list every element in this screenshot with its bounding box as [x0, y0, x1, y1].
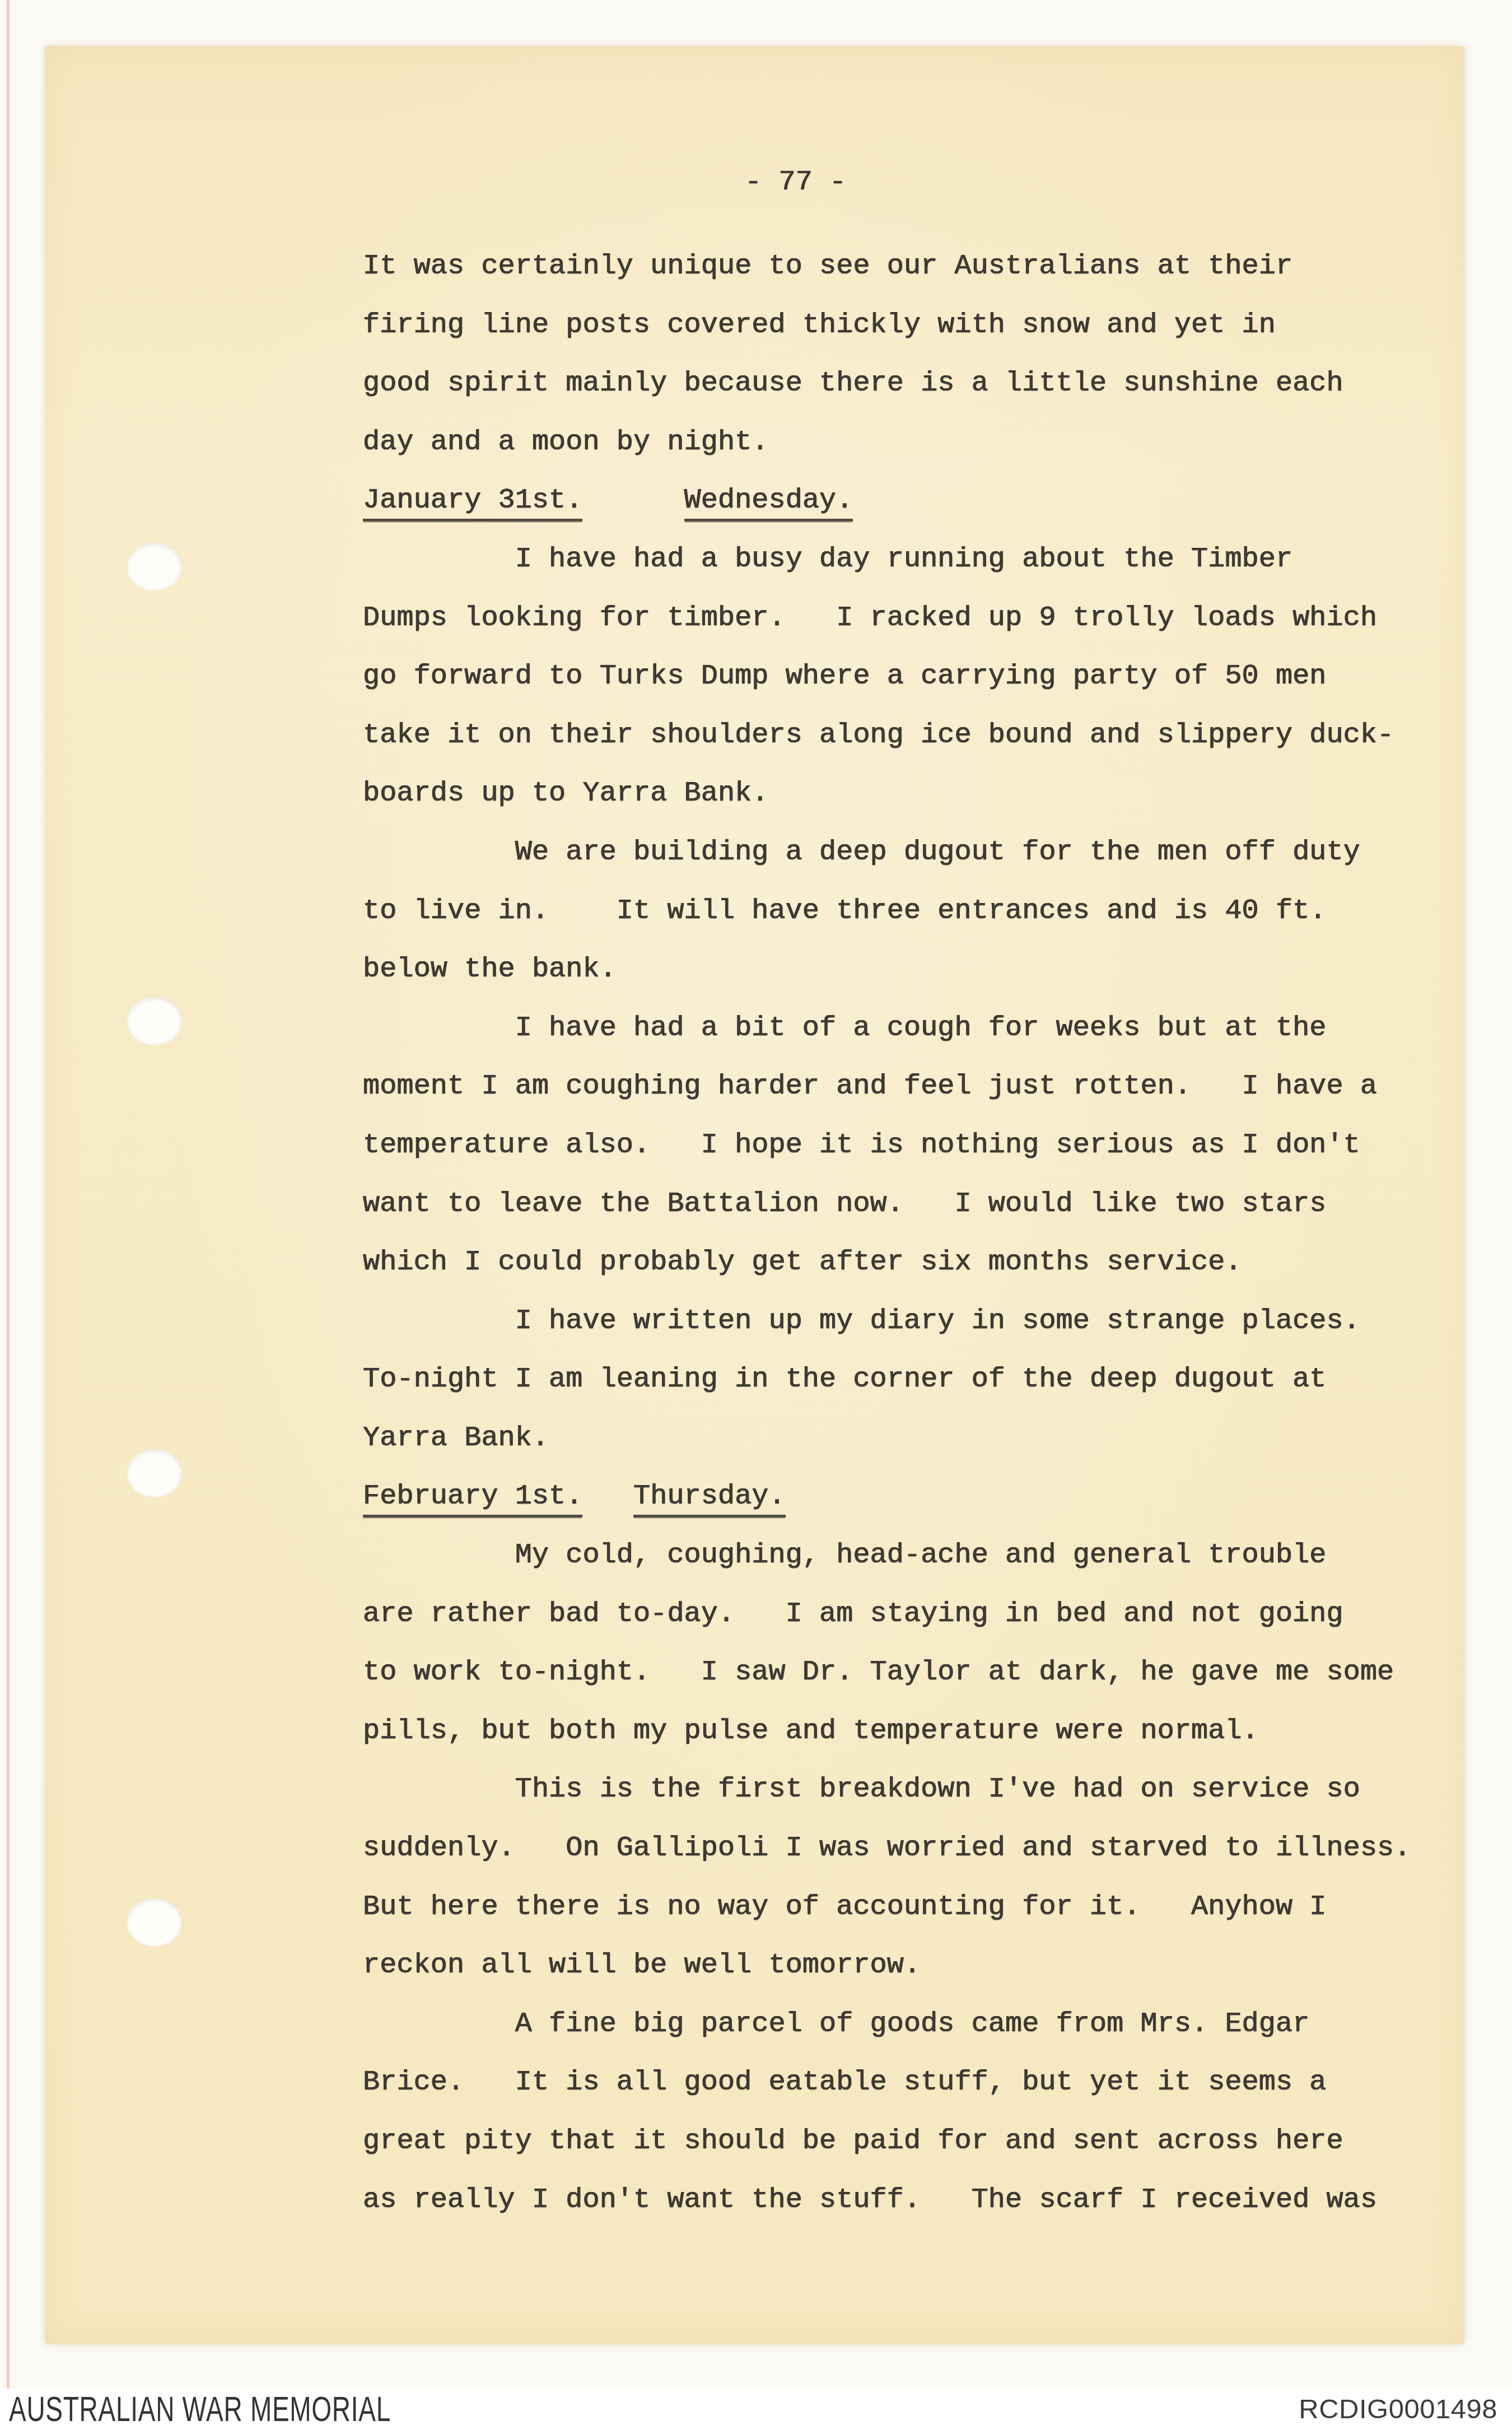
diary-text-line: to live in. It will have three entrances…	[363, 882, 1460, 941]
punch-hole	[127, 997, 182, 1045]
diary-text-line: suddenly. On Gallipoli I was worried and…	[363, 1819, 1460, 1878]
diary-date-heading: January 31st. Wednesday.	[363, 472, 1460, 530]
diary-text-line: I have had a bit of a cough for weeks bu…	[363, 999, 1460, 1058]
record-id-label: RCDIG0001498	[1299, 2394, 1497, 2425]
diary-text-block: It was certainly unique to see our Austr…	[363, 238, 1460, 2229]
punch-hole	[127, 543, 182, 591]
diary-text-line: temperature also. I hope it is nothing s…	[363, 1116, 1460, 1175]
diary-text-line: A fine big parcel of goods came from Mrs…	[363, 1995, 1460, 2054]
diary-date-heading: February 1st. Thursday.	[363, 1468, 1460, 1526]
diary-text-line: I have written up my diary in some stran…	[363, 1292, 1460, 1351]
diary-text-line: are rather bad to-day. I am staying in b…	[363, 1585, 1460, 1644]
diary-text-line: below the bank.	[363, 941, 1460, 999]
diary-text-line: go forward to Turks Dump where a carryin…	[363, 648, 1460, 706]
diary-text-line: pills, but both my pulse and temperature…	[363, 1702, 1460, 1761]
diary-text-line: moment I am coughing harder and feel jus…	[363, 1058, 1460, 1116]
diary-text-line: boards up to Yarra Bank.	[363, 765, 1460, 823]
diary-text-line: This is the first breakdown I've had on …	[363, 1761, 1460, 1819]
diary-text-line: want to leave the Battalion now. I would…	[363, 1175, 1460, 1234]
diary-text-line: Yarra Bank.	[363, 1409, 1460, 1468]
scanned-diary-page: { "document": { "page_number": "- 77 -",…	[0, 0, 1512, 2430]
diary-text-line: My cold, coughing, head-ache and general…	[363, 1526, 1460, 1585]
digitisation-footer: AUSTRALIAN WAR MEMORIAL RCDIG0001498	[0, 2389, 1512, 2430]
diary-text-line: We are building a deep dugout for the me…	[363, 823, 1460, 882]
diary-text-line: day and a moon by night.	[363, 413, 1460, 472]
scanner-edge-artifact-line	[7, 0, 10, 2389]
punch-hole	[127, 1898, 182, 1947]
diary-text-line: which I could probably get after six mon…	[363, 1233, 1460, 1292]
diary-text-line: I have had a busy day running about the …	[363, 530, 1460, 589]
punch-hole	[127, 1449, 182, 1497]
diary-text-line: Brice. It is all good eatable stuff, but…	[363, 2054, 1460, 2112]
diary-text-line: reckon all will be well tomorrow.	[363, 1936, 1460, 1995]
diary-text-line: as really I don't want the stuff. The sc…	[363, 2171, 1460, 2230]
diary-text-line: But here there is no way of accounting f…	[363, 1878, 1460, 1937]
diary-text-line: to work to-night. I saw Dr. Taylor at da…	[363, 1644, 1460, 1702]
archive-name-label: AUSTRALIAN WAR MEMORIAL	[9, 2389, 391, 2429]
page-number: - 77 -	[745, 165, 846, 201]
diary-text-line: great pity that it should be paid for an…	[363, 2112, 1460, 2171]
diary-text-line: good spirit mainly because there is a li…	[363, 355, 1460, 413]
diary-text-line: take it on their shoulders along ice bou…	[363, 706, 1460, 765]
diary-text-line: To-night I am leaning in the corner of t…	[363, 1351, 1460, 1409]
diary-text-line: It was certainly unique to see our Austr…	[363, 238, 1460, 296]
diary-text-line: Dumps looking for timber. I racked up 9 …	[363, 589, 1460, 648]
diary-text-line: firing line posts covered thickly with s…	[363, 296, 1460, 355]
